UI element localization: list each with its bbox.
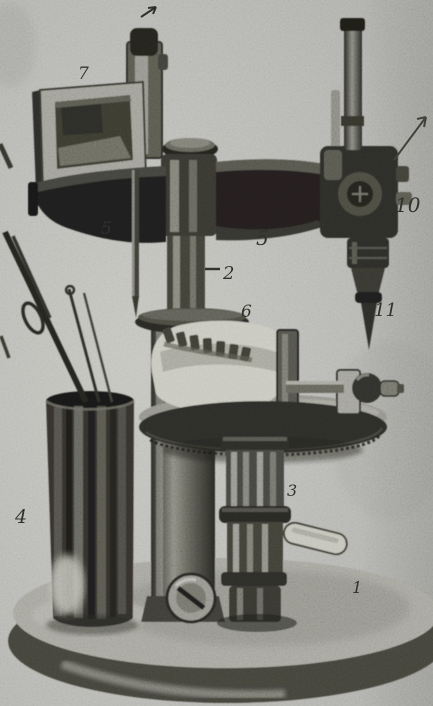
apparatus-photo: 7 5 5 2 6 10 11 4 3 1	[0, 0, 433, 706]
photo-grain-overlay	[0, 0, 433, 706]
